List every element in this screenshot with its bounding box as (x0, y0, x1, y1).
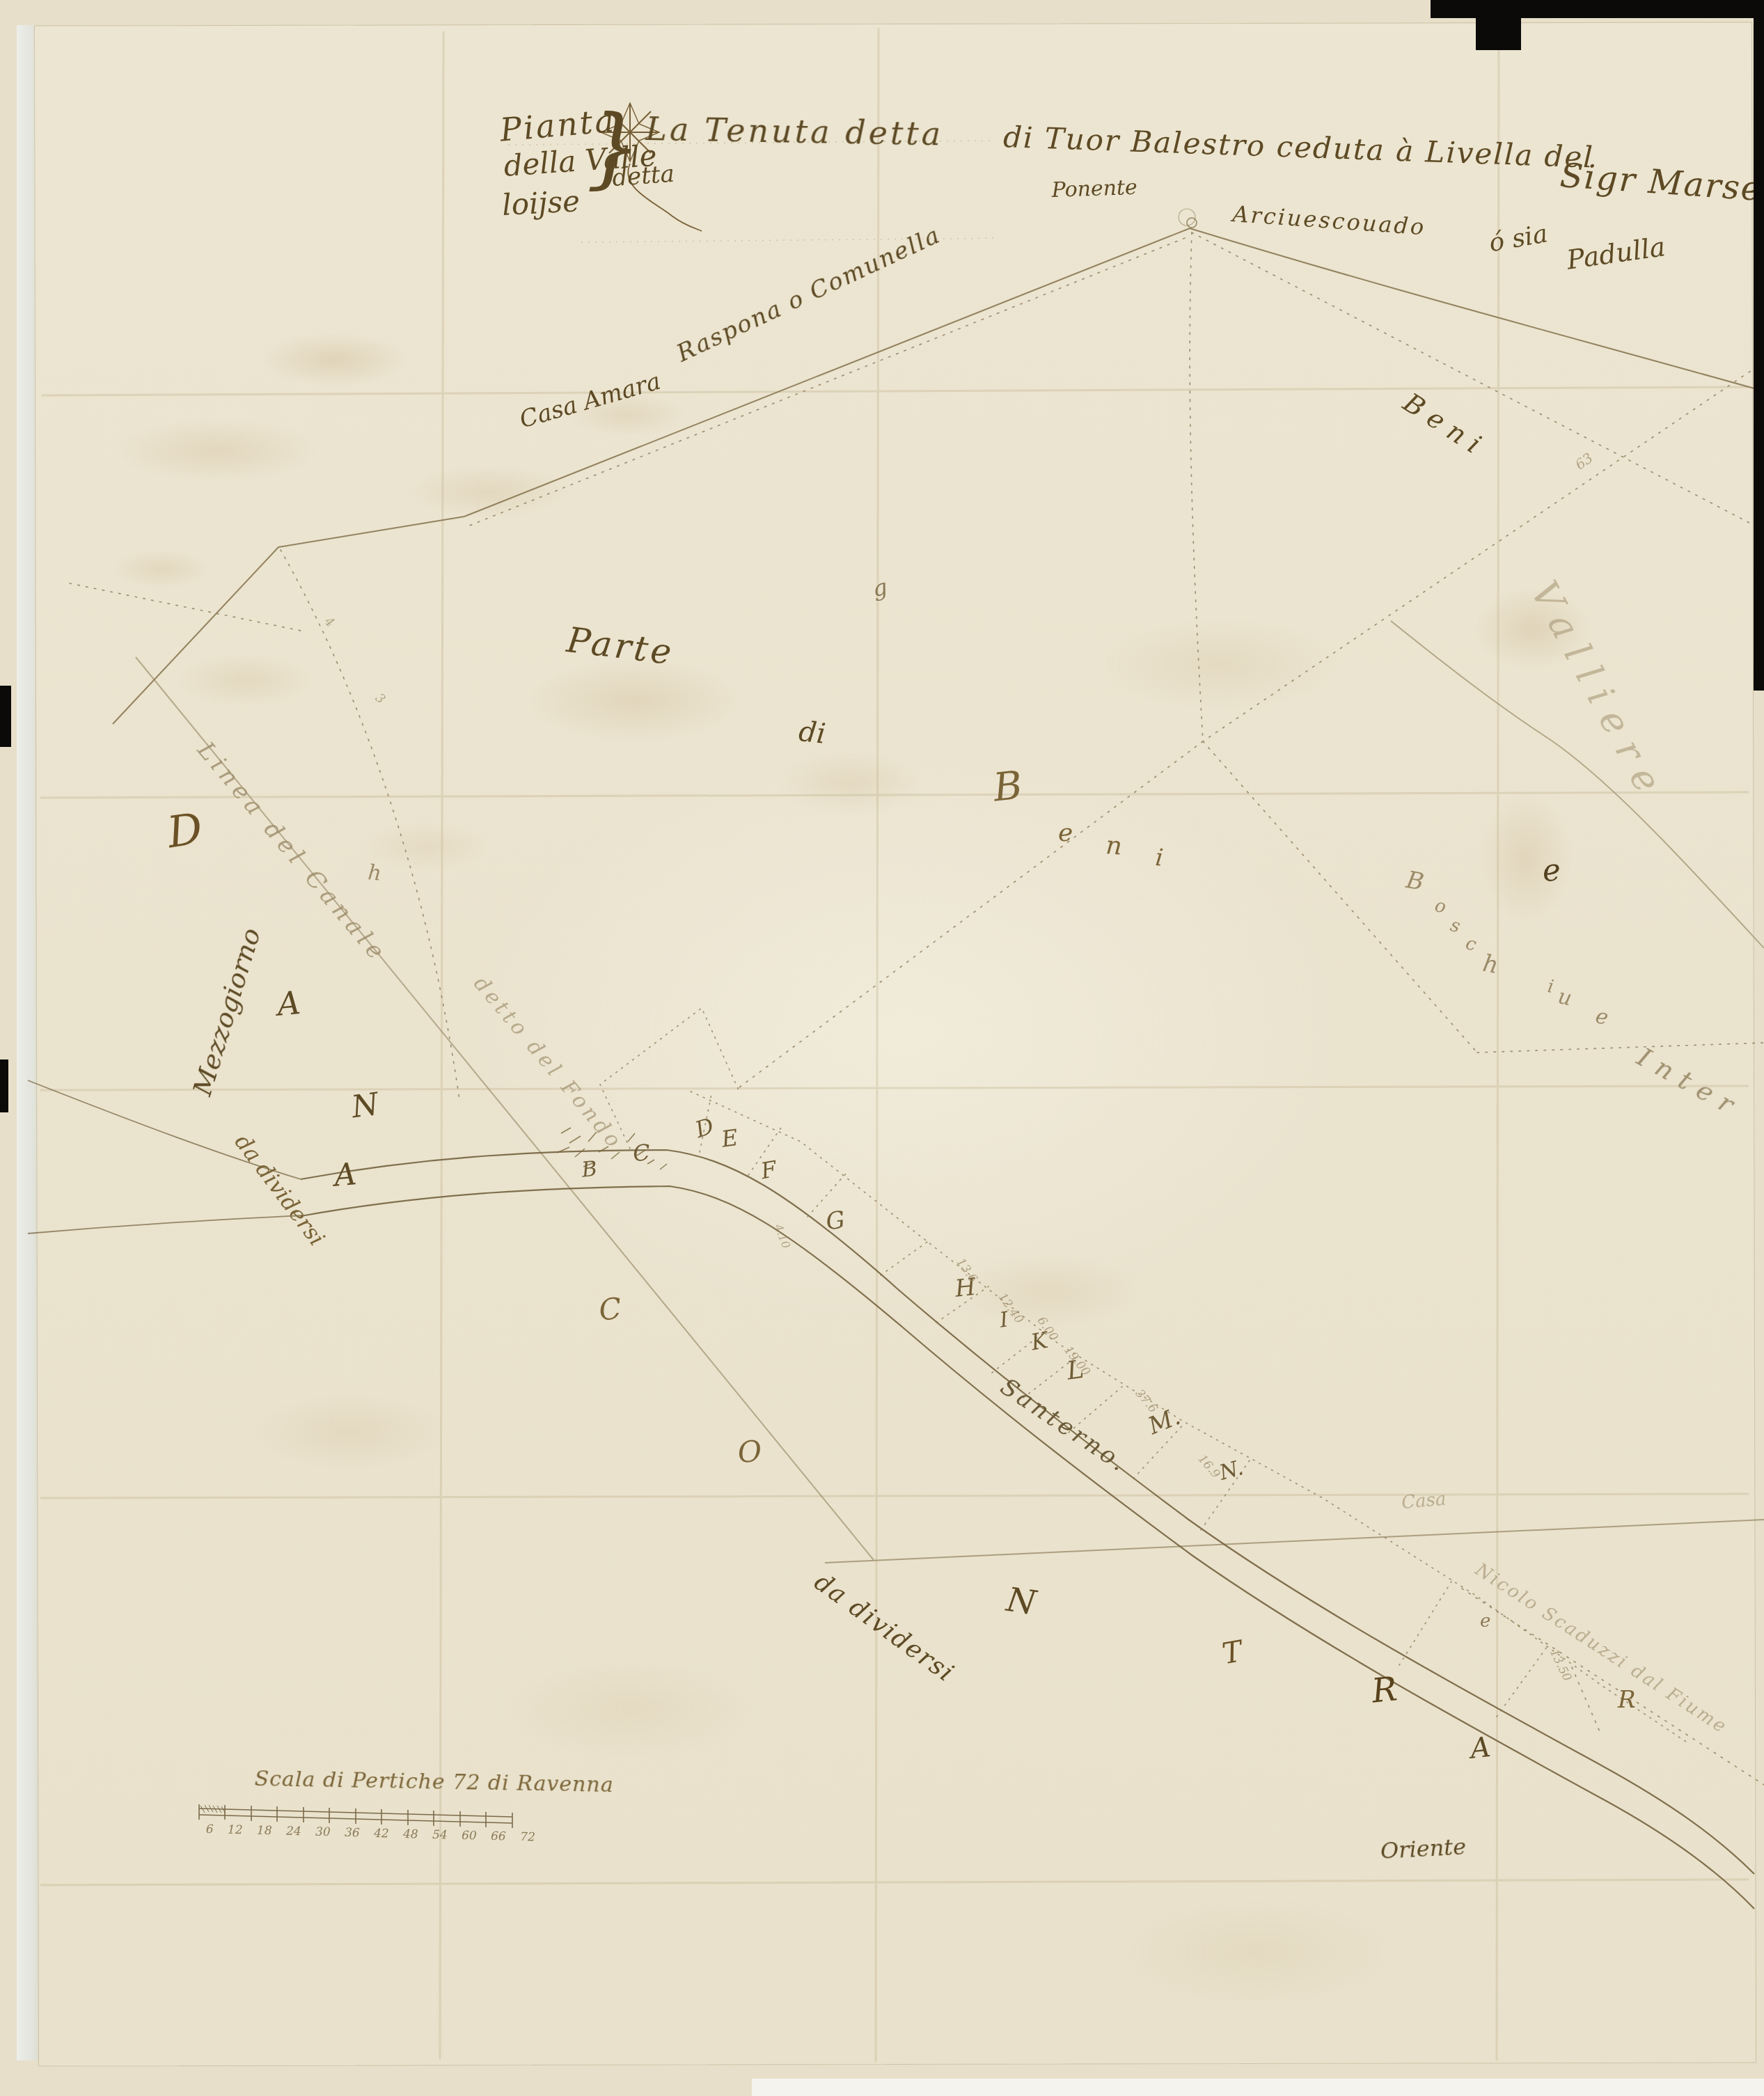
scanned-map-page: Pianta della Valle loijse } detta La Ten… (0, 0, 1764, 2096)
letter-n-1: N (349, 1087, 381, 1126)
scanner-edge-left-1 (0, 686, 11, 747)
letter-n-fancy: N (1004, 1580, 1038, 1623)
boundary-lines-solid (113, 228, 1764, 1563)
letter-r-2: R (1618, 1686, 1636, 1714)
label-casa: Casa (1401, 1488, 1447, 1513)
title-tenuta: La Tenuta detta (645, 110, 944, 152)
fold-creases (40, 21, 1749, 2062)
parcel-letter-c: C (632, 1139, 651, 1167)
letter-a-3: A (1469, 1731, 1493, 1765)
parcel-dotted-lines (600, 1008, 1686, 1742)
letter-e-small: e (1480, 1611, 1490, 1632)
title-loijse: loijse (501, 184, 581, 222)
letter-c-large: C (597, 1291, 623, 1327)
apex-vertex-mark (1179, 209, 1197, 228)
title-detta: detta (611, 160, 675, 192)
letter-a-2: A (333, 1156, 358, 1194)
scanner-edge-bottom-strip (752, 2079, 1764, 2096)
letter-a-1: A (276, 984, 302, 1023)
scanner-edge-right (1754, 0, 1764, 691)
orientation-ponente: Ponente (1051, 175, 1137, 203)
letter-r-dark: R (1370, 1669, 1399, 1710)
label-di: di (797, 716, 827, 750)
letter-beni-e: e (1058, 819, 1073, 847)
letter-o-large: O (737, 1434, 763, 1469)
scanner-edge-top-notch (1476, 0, 1521, 50)
letter-h-small: h (367, 860, 382, 886)
letter-beni-n: n (1105, 831, 1123, 861)
letter-beni-b: B (991, 763, 1025, 811)
letter-d-large: D (164, 803, 205, 858)
orientation-oriente: Oriente (1380, 1834, 1467, 1864)
parcel-letter-g: G (824, 1206, 846, 1236)
survey-dotted-lines (70, 233, 1764, 1785)
scanner-edge-left-2 (0, 1059, 8, 1112)
parcel-letter-b: B (581, 1157, 599, 1183)
letter-e-dark: e (1541, 852, 1562, 889)
